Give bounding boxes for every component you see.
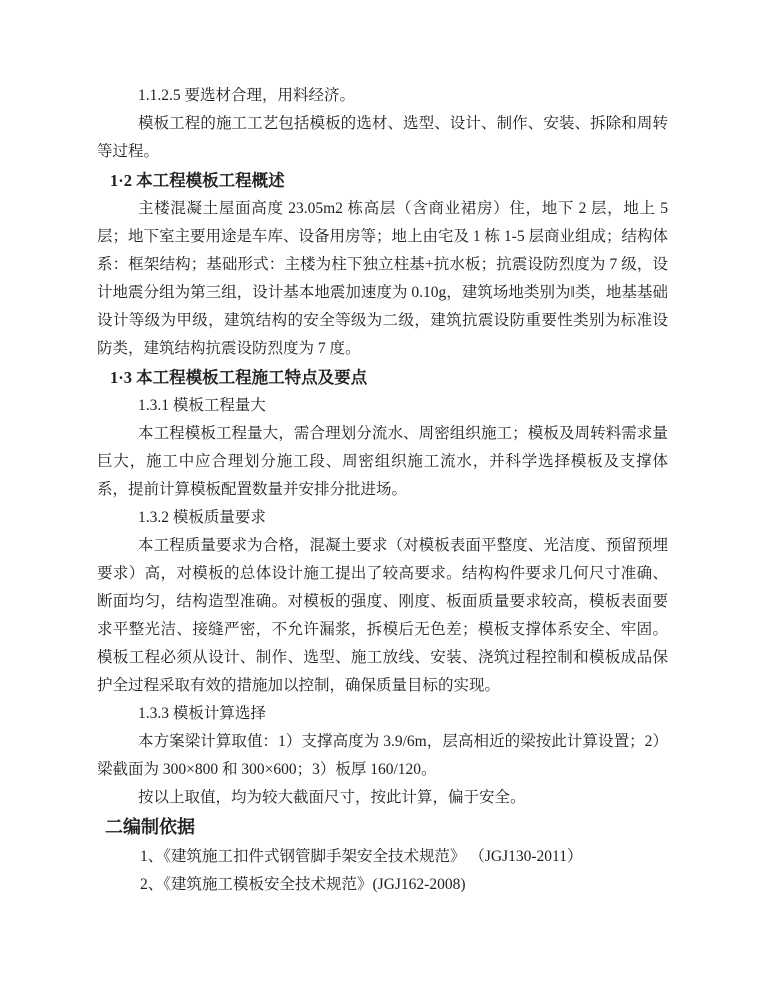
section-heading-1-3: 1·3 本工程模板工程施工特点及要点: [97, 363, 668, 392]
reference-item-1: 1、《建筑施工扣件式钢管脚手架安全技术规范》 （JGJ130-2011）: [97, 843, 668, 871]
subheading-1-3-1: 1.3.1 模板工程量大: [97, 392, 668, 420]
section-heading-1-2: 1·2 本工程模板工程概述: [97, 166, 668, 195]
subheading-1-3-3: 1.3.3 模板计算选择: [97, 700, 668, 728]
paragraph-material-economy: 1.1.2.5 要选材合理，用料经济。: [97, 82, 668, 110]
paragraph-process-overview: 模板工程的施工工艺包括模板的选材、选型、设计、制作、安装、拆除和周转等过程。: [97, 110, 668, 166]
paragraph-project-overview: 主楼混凝土屋面高度 23.05m2 栋高层（含商业裙房）住，地下 2 层，地上 …: [97, 195, 668, 363]
paragraph-workload: 本工程模板工程量大，需合理划分流水、周密组织施工；模板及周转料需求量巨大，施工中…: [97, 420, 668, 504]
paragraph-safety-note: 按以上取值，均为较大截面尺寸，按此计算，偏于安全。: [97, 784, 668, 812]
paragraph-quality-requirements: 本工程质量要求为合格，混凝土要求（对模板表面平整度、光洁度、预留预埋要求）高，对…: [97, 532, 668, 700]
subheading-1-3-2: 1.3.2 模板质量要求: [97, 504, 668, 532]
reference-item-2: 2、《建筑施工模板安全技术规范》(JGJ162-2008): [97, 871, 668, 899]
paragraph-calculation-values: 本方案梁计算取值：1）支撑高度为 3.9/6m，层高相近的梁按此计算设置；2）梁…: [97, 728, 668, 784]
document-page: 1.1.2.5 要选材合理，用料经济。 模板工程的施工工艺包括模板的选材、选型、…: [0, 0, 765, 990]
chapter-heading-basis: 二编制依据: [97, 812, 668, 843]
